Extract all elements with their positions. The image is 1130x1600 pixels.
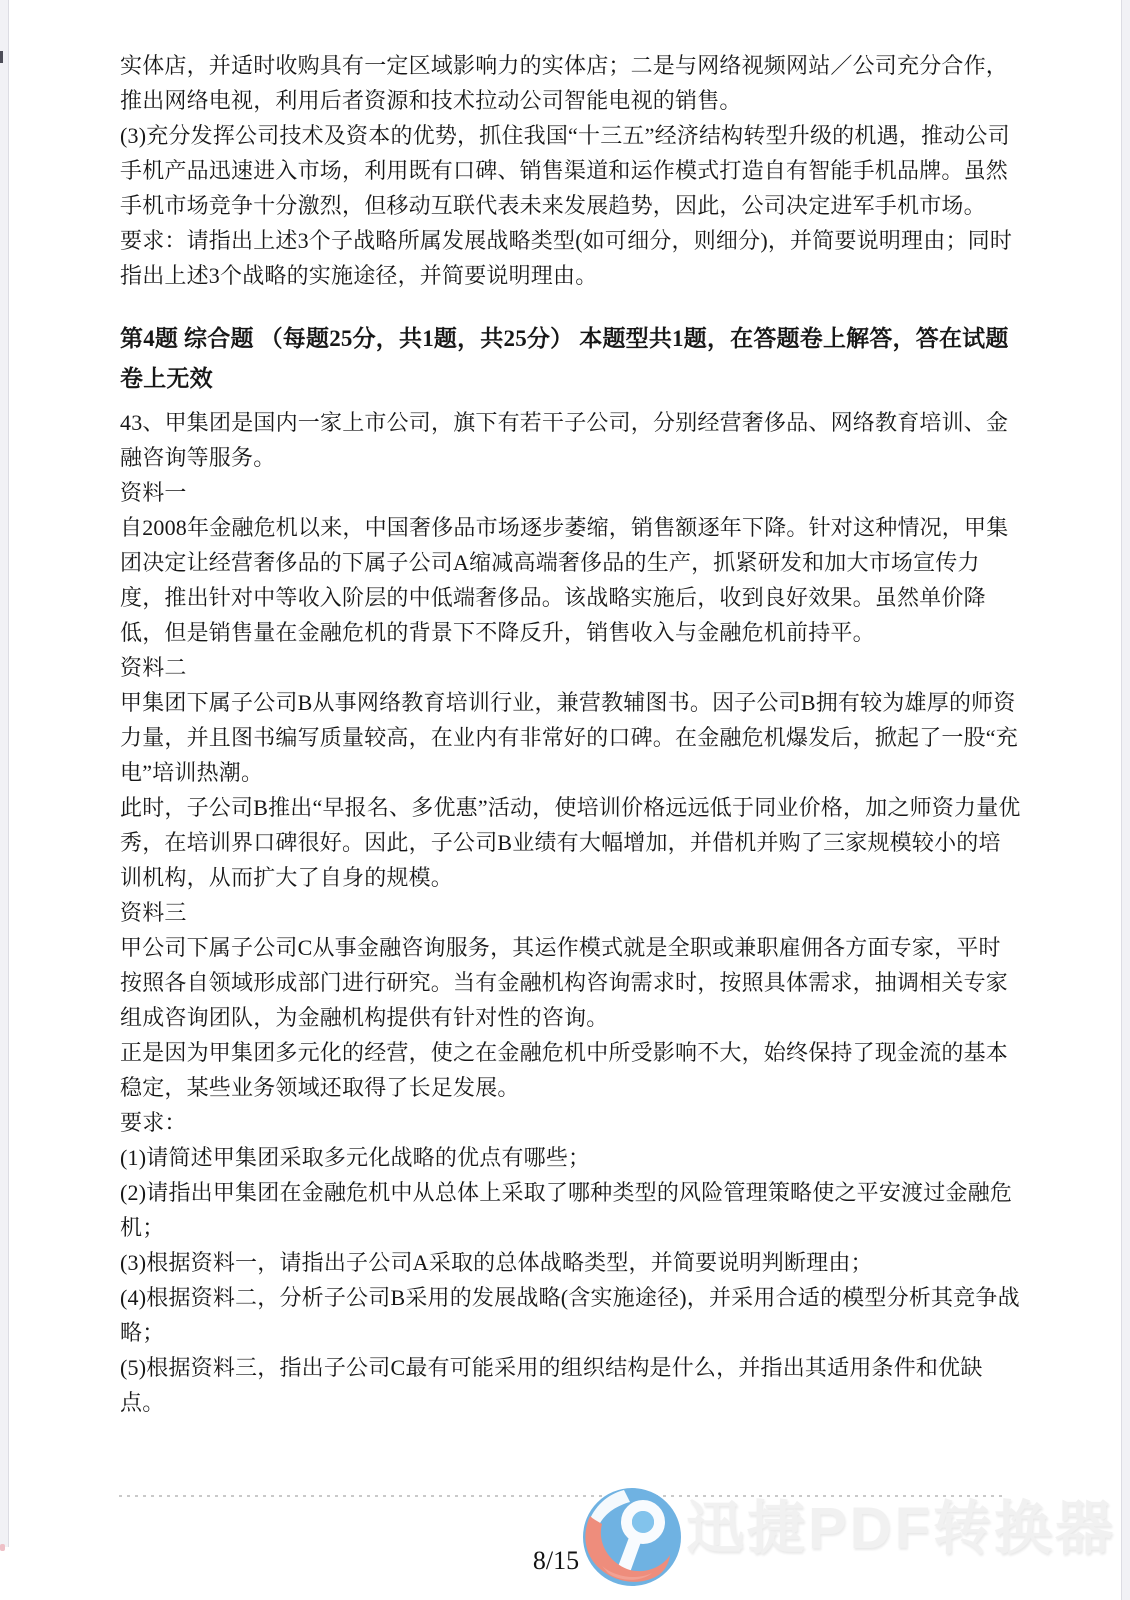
text-line: 按照各自领域形成部门进行研究。当有金融机构咨询需求时，按照具体需求，抽调相关专家 xyxy=(120,965,1015,1000)
question-section-heading: 第4题 综合题 （每题25分，共1题，共25分） 本题型共1题，在答题卷上解答，… xyxy=(120,319,1015,399)
paragraph: 正是因为甲集团多元化的经营，使之在金融危机中所受影响不大，始终保持了现金流的基本… xyxy=(120,1035,1015,1105)
text-line: 自2008年金融危机以来，中国奢侈品市场逐步萎缩，销售额逐年下降。针对这种情况，… xyxy=(120,510,1015,545)
text-line: (4)根据资料二，分析子公司B采用的发展战略(含实施途径)，并采用合适的模型分析… xyxy=(120,1280,1015,1315)
text-line: 正是因为甲集团多元化的经营，使之在金融危机中所受影响不大，始终保持了现金流的基本 xyxy=(120,1035,1015,1070)
watermark-text: 迅捷PDF转换器 xyxy=(686,1500,1116,1558)
text-line: 团决定让经营奢侈品的下属子公司A缩减高端奢侈品的生产，抓紧研发和加大市场宣传力 xyxy=(120,545,1015,580)
paragraph: 此时，子公司B推出“早报名、多优惠”活动，使培训价格远远低于同业价格，加之师资力… xyxy=(120,790,1015,895)
text-line: 稳定，某些业务领域还取得了长足发展。 xyxy=(120,1070,1015,1105)
paragraph: (1)请简述甲集团采取多元化战略的优点有哪些； xyxy=(120,1140,1015,1175)
text-line: 资料三 xyxy=(120,895,1015,930)
paragraph: (3)根据资料一，请指出子公司A采取的总体战略类型，并简要说明判断理由； xyxy=(120,1245,1015,1280)
text-line: (1)请简述甲集团采取多元化战略的优点有哪些； xyxy=(120,1140,1015,1175)
text-line: (2)请指出甲集团在金融危机中从总体上采取了哪种类型的风险管理策略使之平安渡过金… xyxy=(120,1175,1015,1210)
material-label: 资料二 xyxy=(120,650,1015,685)
material-label: 资料三 xyxy=(120,895,1015,930)
text-line: 融咨询等服务。 xyxy=(120,440,1015,475)
text-line: 甲公司下属子公司C从事金融咨询服务，其运作模式就是全职或兼职雇佣各方面专家，平时 xyxy=(120,930,1015,965)
text-line: 组成咨询团队，为金融机构提供有针对性的咨询。 xyxy=(120,1000,1015,1035)
text-line: 点。 xyxy=(120,1385,1015,1420)
xunjie-pdf-logo-icon xyxy=(582,1486,682,1588)
paragraph: (5)根据资料三，指出子公司C最有可能采用的组织结构是什么，并指出其适用条件和优… xyxy=(120,1350,1015,1420)
document-page: 实体店，并适时收购具有一定区域影响力的实体店；二是与网络视频网站／公司充分合作，… xyxy=(0,0,1130,1600)
text-line: 甲集团下属子公司B从事网络教育培训行业，兼营教辅图书。因子公司B拥有较为雄厚的师… xyxy=(120,685,1015,720)
text-line: 电”培训热潮。 xyxy=(120,755,1015,790)
paragraph: 甲公司下属子公司C从事金融咨询服务，其运作模式就是全职或兼职雇佣各方面专家，平时… xyxy=(120,930,1015,1035)
text-line: 43、甲集团是国内一家上市公司，旗下有若干子公司，分别经营奢侈品、网络教育培训、… xyxy=(120,405,1015,440)
text-line: 手机产品迅速进入市场，利用既有口碑、销售渠道和运作模式打造自有智能手机品牌。虽然 xyxy=(120,153,1015,188)
text-line: (3)根据资料一，请指出子公司A采取的总体战略类型，并简要说明判断理由； xyxy=(120,1245,1015,1280)
page-edge-right xyxy=(1121,0,1130,1600)
text-line: 要求：请指出上述3个子战略所属发展战略类型(如可细分，则细分)，并简要说明理由；… xyxy=(120,223,1015,258)
text-line: 要求： xyxy=(120,1105,1015,1140)
text-line: 资料二 xyxy=(120,650,1015,685)
text-line: 资料一 xyxy=(120,475,1015,510)
text-line: 实体店，并适时收购具有一定区域影响力的实体店；二是与网络视频网站／公司充分合作， xyxy=(120,48,1015,83)
paragraph: 实体店，并适时收购具有一定区域影响力的实体店；二是与网络视频网站／公司充分合作，… xyxy=(120,48,1015,293)
text-line: 机； xyxy=(120,1210,1015,1245)
text-line: 略； xyxy=(120,1315,1015,1350)
page-edge-left xyxy=(0,0,9,1547)
document-text-column: 实体店，并适时收购具有一定区域影响力的实体店；二是与网络视频网站／公司充分合作，… xyxy=(120,48,1015,1420)
text-line: (3)充分发挥公司技术及资本的优势，抓住我国“十三五”经济结构转型升级的机遇，推… xyxy=(120,118,1015,153)
text-line: 度，推出针对中等收入阶层的中低端奢侈品。该战略实施后，收到良好效果。虽然单价降 xyxy=(120,580,1015,615)
text-line: 推出网络电视，利用后者资源和技术拉动公司智能电视的销售。 xyxy=(120,83,1015,118)
text-line: (5)根据资料三，指出子公司C最有可能采用的组织结构是什么，并指出其适用条件和优… xyxy=(120,1350,1015,1385)
text-line: 第4题 综合题 （每题25分，共1题，共25分） 本题型共1题，在答题卷上解答，… xyxy=(120,319,1015,359)
page-number: 8/15 xyxy=(518,1547,594,1575)
material-label: 要求： xyxy=(120,1105,1015,1140)
scan-artifact-mark xyxy=(0,51,3,63)
text-line: 卷上无效 xyxy=(120,359,1015,399)
text-line: 手机市场竞争十分激烈，但移动互联代表未来发展趋势，因此，公司决定进军手机市场。 xyxy=(120,188,1015,223)
paragraph: (2)请指出甲集团在金融危机中从总体上采取了哪种类型的风险管理策略使之平安渡过金… xyxy=(120,1175,1015,1245)
text-line: 力量，并且图书编写质量较高，在业内有非常好的口碑。在金融危机爆发后，掀起了一股“… xyxy=(120,720,1015,755)
text-line: 训机构，从而扩大了自身的规模。 xyxy=(120,860,1015,895)
paragraph: (4)根据资料二，分析子公司B采用的发展战略(含实施途径)，并采用合适的模型分析… xyxy=(120,1280,1015,1350)
text-line: 低，但是销售量在金融危机的背景下不降反升，销售收入与金融危机前持平。 xyxy=(120,615,1015,650)
text-line: 此时，子公司B推出“早报名、多优惠”活动，使培训价格远远低于同业价格，加之师资力… xyxy=(120,790,1015,825)
text-line: 秀，在培训界口碑很好。因此，子公司B业绩有大幅增加，并借机并购了三家规模较小的培 xyxy=(120,825,1015,860)
material-label: 资料一 xyxy=(120,475,1015,510)
scan-artifact-mark xyxy=(0,1544,5,1551)
paragraph: 43、甲集团是国内一家上市公司，旗下有若干子公司，分别经营奢侈品、网络教育培训、… xyxy=(120,405,1015,475)
paragraph: 自2008年金融危机以来，中国奢侈品市场逐步萎缩，销售额逐年下降。针对这种情况，… xyxy=(120,510,1015,650)
text-line: 指出上述3个战略的实施途径，并简要说明理由。 xyxy=(120,258,1015,293)
paragraph: 甲集团下属子公司B从事网络教育培训行业，兼营教辅图书。因子公司B拥有较为雄厚的师… xyxy=(120,685,1015,790)
